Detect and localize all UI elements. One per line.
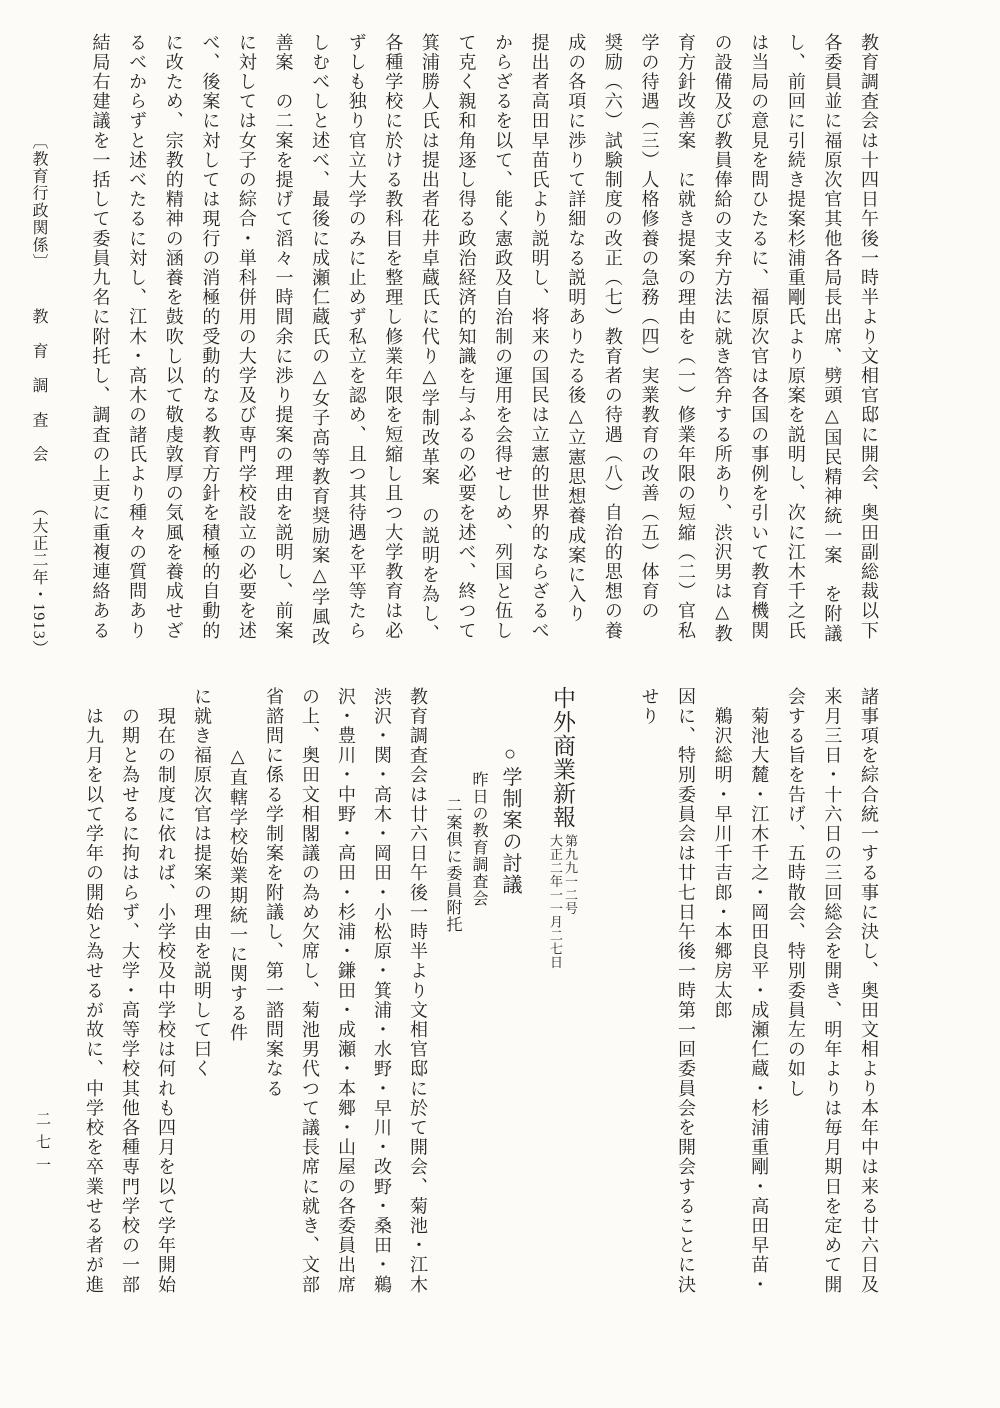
text-column: 箕浦勝人氏は提出者花井卓蔵氏に代り△学制改革案 の説明を為し、: [402, 33, 439, 683]
text-column: 菊池大麓・江木千之・岡田良平・成瀬仁蔵・杉浦重剛・高田早苗・: [732, 687, 769, 1337]
article-1-body: 教育調査会は十四日午後一時半より文相官邸に開会、奥田副総裁以下各委員並に福原次官…: [72, 33, 878, 683]
text-column: 結局右建議を一括して委員九名に附托し、調査の上更に重複連絡ある: [73, 33, 110, 683]
text-column: 各種学校に於ける教科目を整理し修業年限を短縮し且つ大学教育は必: [366, 33, 403, 683]
scanned-document-page: 〔教育行政関係〕 教 育 調 査 会 （大正二年・1913） 教育調査会は十四日…: [0, 0, 1000, 1408]
text-column: 育方針改善案 に就き提案の理由を（一）修業年限の短縮（二）官私: [658, 33, 695, 683]
text-column: の上、奥田文相閣議の為め欠席し、菊池男代つて議長席に就き、文部: [283, 687, 319, 1347]
newspaper-issue-number: 第九九一二号: [564, 834, 577, 915]
text-column: の期と為せるに拘はらず、大学・高等学校其他各種専門学校の一部: [103, 687, 139, 1347]
newspaper-date: 大正二年一一月二七日: [549, 834, 562, 969]
text-column: △直轄学校始業期統一に関する件: [211, 687, 247, 1347]
text-column: べ、後案に対しては現行の消極的受動的なる教育方針を積極的自動的: [183, 33, 220, 683]
page-number: 二七一: [34, 1111, 49, 1180]
text-column: 奨励（六）試験制度の改正（七）教育者の待遇（八）自治的思想の養: [585, 33, 622, 683]
article-2-body: 教育調査会は廿六日午後一時半より文相官邸に於て開会、菊池・江木渋沢・関・高木・岡…: [61, 687, 427, 1347]
text-column: 鵜沢総明・早川千吉郎・本郷房太郎: [695, 687, 732, 1337]
margin-title-label: 教 育 調 査 会: [30, 308, 47, 463]
text-column: 因に、特別委員会は廿七日午後一時第一回委員会を開会することに決: [658, 687, 695, 1337]
text-column: 会する旨を告げ、五時散会、特別委員左の如し: [768, 687, 805, 1337]
article-1-continuation: 諸事項を綜合統一する事に決し、奥田文相より本年中は来る廿六日及来月三日・十六日の…: [621, 687, 878, 1337]
text-column: て克く親和角逐し得る政治経済的知識を与ふるの必要を述べ、終つて: [439, 33, 476, 683]
text-column: 沢・豊川・中野・高田・杉浦・鎌田・成瀬・本郷・山屋の各委員出席: [319, 687, 355, 1347]
margin-label: 〔教育行政関係〕 教 育 調 査 会 （大正二年・1913）: [30, 133, 46, 657]
text-column: 提出者高田早苗氏より説明し、将来の国民は立憲的世界的ならざるべ: [512, 33, 549, 683]
article-2-subheadline-1: 昨日の教育調査会: [470, 771, 486, 907]
text-column: 成の各項に渉りて詳細なる説明ありたる後△立憲思想養成案に入り: [549, 33, 586, 683]
text-column: の設備及び教員俸給の支弁方法に就き答弁する所あり、渋沢男は△教: [695, 33, 732, 683]
text-column: し、前回に引続き提案杉浦重剛氏より原案を説明し、次に江木千之氏: [768, 33, 805, 683]
text-column: 教育調査会は十四日午後一時半より文相官邸に開会、奥田副総裁以下: [841, 33, 878, 683]
text-column: に対しては女子の綜合・単科併用の大学及び専門学校設立の必要を述: [219, 33, 256, 683]
text-column: 各委員並に福原次官其他各局長出席、劈頭△国民精神統一案 を附議: [805, 33, 842, 683]
text-column: 教育調査会は廿六日午後一時半より文相官邸に於て開会、菊池・江木: [391, 687, 427, 1347]
text-column: は当局の意見を問ひたるに、福原次官は各国の事例を引いて教育機関: [732, 33, 769, 683]
text-column: に就き福原次官は提案の理由を説明して曰く: [175, 687, 211, 1347]
text-column: しむべしと述べ、最後に成瀬仁蔵氏の△女子高等教育奨励案△学風改: [293, 33, 330, 683]
text-column: 善案 の二案を提げて滔々一時間余に渉り提案の理由を説明し、前案: [256, 33, 293, 683]
text-column: 省諮問に係る学制案を附議し、第一諮問案なる: [247, 687, 283, 1347]
text-column: 諸事項を綜合統一する事に決し、奥田文相より本年中は来る廿六日及: [841, 687, 878, 1337]
margin-category-label: 〔教育行政関係〕: [30, 133, 47, 271]
text-column: るべからずと述べたるに対し、江木・高木の諸氏より種々の質問あり: [110, 33, 147, 683]
text-column: せり: [622, 687, 659, 1337]
margin-year-label: （大正二年・1913）: [30, 500, 47, 657]
article-2-subheadline-2: 二案倶に委員附托: [444, 797, 460, 933]
text-column: 現在の制度に依れば、小学校及中学校は何れも四月を以て学年開始: [139, 687, 175, 1347]
text-column: からざるを以て、能く憲政及自治制の運用を会得せしめ、列国と伍し: [475, 33, 512, 683]
newspaper-name: 中外商業新報: [551, 686, 574, 829]
text-column: 来月三日・十六日の三回総会を開き、明年よりは毎月期日を定めて開: [805, 687, 842, 1337]
text-column: に改ため、宗教的精神の涵養を鼓吹し以て敬虔敦厚の気風を養成せざ: [146, 33, 183, 683]
text-column: は九月を以て学年の開始と為せるが故に、中学校を卒業せる者が進: [67, 687, 103, 1347]
text-column: 学の待遇（三）人格修養の急務（四）実業教育の改善（五）体育の: [622, 33, 659, 683]
text-column: 渋沢・関・高木・岡田・小松原・箕浦・水野・早川・改野・桑田・鵜: [355, 687, 391, 1347]
article-2-headline: ○学制案の討議: [500, 743, 520, 896]
text-column: ずしも独り官立大学のみに止めず私立を認め、且つ其待遇を平等たら: [329, 33, 366, 683]
